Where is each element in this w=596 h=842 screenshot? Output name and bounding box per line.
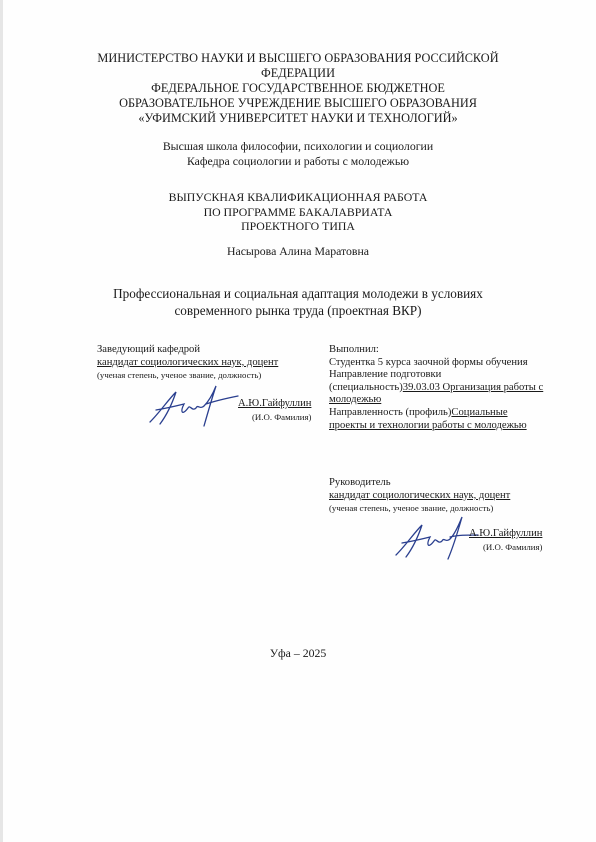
title-page: МИНИСТЕРСТВО НАУКИ И ВЫСШЕГО ОБРАЗОВАНИЯ…	[0, 0, 596, 842]
city-year: Уфа – 2025	[0, 646, 596, 661]
supervisor-name-hint: (И.О. Фамилия)	[469, 541, 542, 554]
header-line: «УФИМСКИЙ УНИВЕРСИТЕТ НАУКИ И ТЕХНОЛОГИЙ…	[0, 111, 596, 126]
head-name: А.Ю.Гайфуллин	[238, 398, 311, 411]
supervisor-degree: кандидат социологических наук, доцент	[329, 490, 510, 503]
header-line: ФЕДЕРАЛЬНОЕ ГОСУДАРСТВЕННОЕ БЮДЖЕТНОЕ	[0, 81, 596, 96]
department-name: Кафедра социологии и работы с молодежью	[0, 154, 596, 169]
school-name: Высшая школа философии, психологии и соц…	[0, 139, 596, 154]
header-line: ОБРАЗОВАТЕЛЬНОЕ УЧРЕЖДЕНИЕ ВЫСШЕГО ОБРАЗ…	[0, 96, 596, 111]
head-name-hint: (И.О. Фамилия)	[238, 411, 311, 424]
performer-label: Выполнил:	[329, 344, 543, 357]
direction-label-2: (специальность)	[329, 382, 403, 393]
scan-edge	[0, 0, 3, 842]
supervisor-label: Руководитель	[329, 477, 510, 490]
ministry-header: МИНИСТЕРСТВО НАУКИ И ВЫСШЕГО ОБРАЗОВАНИЯ…	[0, 51, 596, 126]
work-type-line: ВЫПУСКНАЯ КВАЛИФИКАЦИОННАЯ РАБОТА	[0, 190, 596, 205]
head-degree: кандидат социологических наук, доцент	[97, 357, 278, 370]
work-type: ВЫПУСКНАЯ КВАЛИФИКАЦИОННАЯ РАБОТА ПО ПРО…	[0, 190, 596, 234]
profile-value: Социальные	[451, 407, 507, 418]
header-line: ФЕДЕРАЦИИ	[0, 66, 596, 81]
thesis-title: Профессиональная и социальная адаптация …	[0, 286, 596, 319]
supervisor-block: Руководитель кандидат социологических на…	[329, 477, 510, 515]
head-of-department-block: Заведующий кафедрой кандидат социологиче…	[97, 344, 278, 382]
work-type-line: ПРОЕКТНОГО ТИПА	[0, 219, 596, 234]
head-signature-block: А.Ю.Гайфуллин (И.О. Фамилия)	[238, 398, 311, 423]
direction-line: (специальность)39.03.03 Организация рабо…	[329, 382, 543, 395]
direction-value-2: молодежью	[329, 394, 543, 407]
supervisor-name: А.Ю.Гайфуллин	[469, 528, 542, 541]
supervisor-signature-block: А.Ю.Гайфуллин (И.О. Фамилия)	[469, 528, 542, 553]
profile-value-2: проекты и технологии работы с молодежью	[329, 420, 543, 433]
direction-value: 39.03.03 Организация работы с	[403, 382, 543, 393]
title-line: современного рынка труда (проектная ВКР)	[0, 303, 596, 320]
performer-student: Студентка 5 курса заочной формы обучения	[329, 357, 543, 370]
profile-label: Направленность (профиль)	[329, 407, 451, 418]
title-line: Профессиональная и социальная адаптация …	[0, 286, 596, 303]
direction-label: Направление подготовки	[329, 369, 543, 382]
author-name: Насырова Алина Маратовна	[0, 244, 596, 259]
signature-icon	[146, 382, 241, 430]
performer-block: Выполнил: Студентка 5 курса заочной форм…	[329, 344, 543, 432]
head-label: Заведующий кафедрой	[97, 344, 278, 357]
head-degree-hint: (ученая степень, ученое звание, должност…	[97, 369, 278, 382]
profile-line: Направленность (профиль)Социальные	[329, 407, 543, 420]
school-block: Высшая школа философии, психологии и соц…	[0, 139, 596, 168]
header-line: МИНИСТЕРСТВО НАУКИ И ВЫСШЕГО ОБРАЗОВАНИЯ…	[0, 51, 596, 66]
work-type-line: ПО ПРОГРАММЕ БАКАЛАВРИАТА	[0, 205, 596, 220]
